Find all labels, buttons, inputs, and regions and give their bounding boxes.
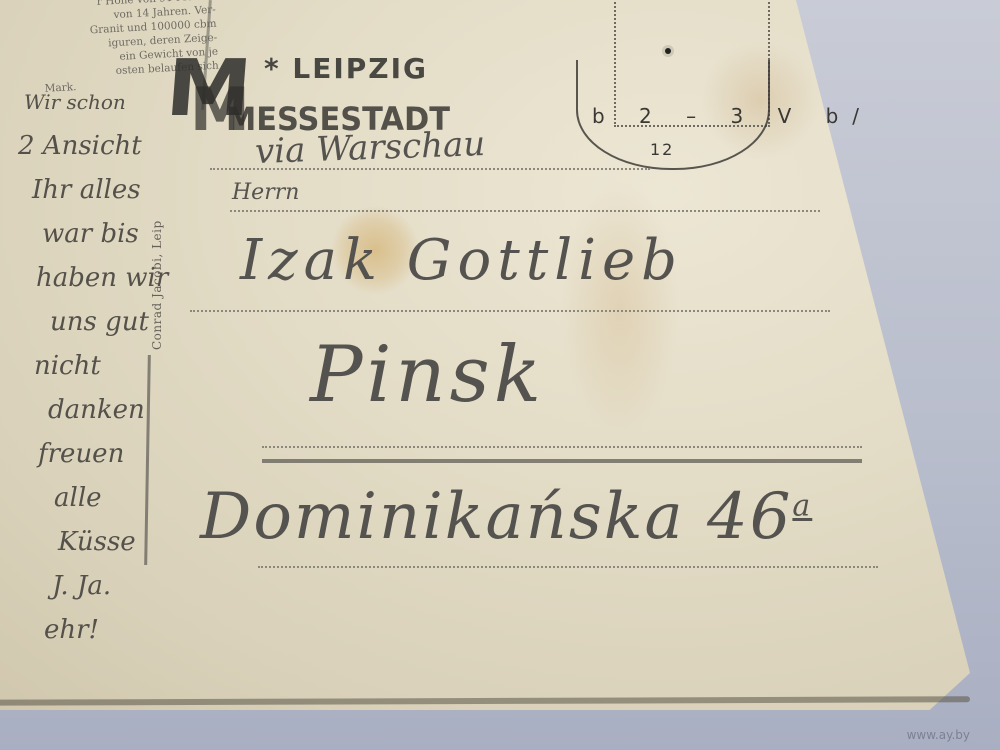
address-line-5 [258, 566, 878, 568]
message-line: nicht [0, 344, 168, 388]
street-suffix: a [792, 489, 812, 524]
postmark-number: 12 [650, 140, 674, 159]
address-line-1 [210, 168, 650, 170]
watermark: www.ay.by [907, 728, 970, 742]
message-line: ehr! [0, 608, 168, 652]
address-underline [262, 459, 862, 463]
message-line: Ihr alles [0, 168, 168, 212]
address-line-4 [262, 446, 862, 448]
message-line: war bis [0, 212, 168, 256]
salutation: Herrn [232, 180, 299, 205]
recipient-street: Dominikańska 46a [200, 480, 812, 554]
address-line-3 [190, 310, 830, 312]
street-name: Dominikańska 46 [200, 480, 792, 554]
message-line: uns gut [0, 300, 168, 344]
postmark-date: b 2 – 3 V b/ [592, 104, 873, 128]
slogan-line-1: * LEIPZIG [264, 52, 428, 85]
message-line: 2 Ansicht [0, 124, 168, 168]
message-line: alle [0, 476, 168, 520]
message-line: danken [0, 388, 168, 432]
message-line: Wir schon [0, 80, 168, 124]
address-line-2 [230, 210, 820, 212]
message-line: haben wir [0, 256, 168, 300]
routing-note: via Warschau [254, 124, 485, 172]
recipient-name: Izak Gottlieb [240, 228, 683, 293]
message-line: J. Ja. [0, 564, 168, 608]
recipient-city: Pinsk [310, 330, 545, 420]
pin-hole [665, 48, 671, 54]
message-line: freuen [0, 432, 168, 476]
handwritten-message: Wir schon 2 Ansicht Ihr alles war bis ha… [0, 80, 168, 652]
message-line: Küsse [0, 520, 168, 564]
